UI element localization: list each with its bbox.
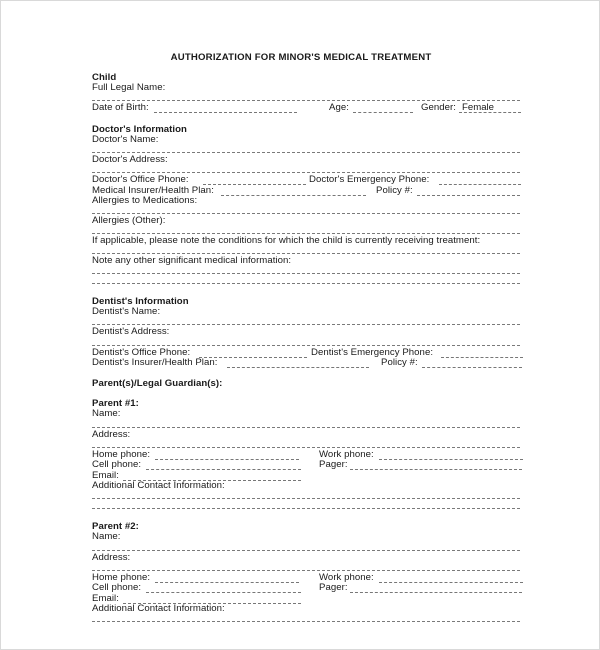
gender-label: Gender: (421, 102, 456, 113)
doctor-office-phone-field[interactable] (203, 184, 306, 185)
parent-2-cell-phone-label: Cell phone: (92, 582, 141, 593)
parent-1-pager-label: Pager: (319, 459, 348, 470)
allergies-other-label: Allergies (Other): (92, 215, 165, 226)
dentist-name-field[interactable] (92, 324, 520, 325)
dentist-policy-field[interactable] (422, 367, 522, 368)
dentist-insurer-label: Dentist's Insurer/Health Plan: (92, 357, 217, 368)
parent-1-name-field[interactable] (92, 427, 520, 428)
medical-insurer-field[interactable] (221, 195, 366, 196)
dentist-emergency-phone-field[interactable] (441, 357, 523, 358)
parent-1-cell-phone-field[interactable] (146, 469, 301, 470)
parent-2-name-field[interactable] (92, 550, 520, 551)
allergies-other-field[interactable] (92, 233, 520, 234)
doctor-name-field[interactable] (92, 152, 520, 153)
document-title: AUTHORIZATION FOR MINOR'S MEDICAL TREATM… (1, 52, 600, 63)
doctor-emergency-phone-label: Doctor's Emergency Phone: (309, 174, 429, 185)
parent-1-pager-field[interactable] (350, 469, 522, 470)
other-medical-info-label: Note any other significant medical infor… (92, 255, 291, 266)
parent-2-pager-field[interactable] (350, 592, 522, 593)
doctor-address-label: Doctor's Address: (92, 154, 168, 165)
dentist-name-label: Dentist's Name: (92, 306, 160, 317)
parent-1-address-field[interactable] (92, 447, 520, 448)
dob-label: Date of Birth: (92, 102, 149, 113)
age-field[interactable] (353, 112, 413, 113)
full-name-label: Full Legal Name: (92, 82, 165, 93)
dob-field[interactable] (154, 112, 297, 113)
allergies-medications-label: Allergies to Medications: (92, 195, 197, 206)
conditions-label: If applicable, please note the condition… (92, 235, 480, 246)
dentist-address-field[interactable] (92, 345, 520, 346)
dentist-insurer-field[interactable] (227, 367, 369, 368)
parent-2-address-field[interactable] (92, 570, 520, 571)
parent-2-additional-field[interactable] (92, 621, 520, 622)
doctor-office-phone-label: Doctor's Office Phone: (92, 174, 189, 185)
doctor-address-field[interactable] (92, 172, 520, 173)
other-medical-info-field-2[interactable] (92, 283, 520, 284)
parent-2-home-phone-field[interactable] (155, 582, 299, 583)
form-page: AUTHORIZATION FOR MINOR'S MEDICAL TREATM… (0, 0, 600, 650)
full-name-field[interactable] (92, 100, 520, 101)
parent-1-name-label: Name: (92, 408, 121, 419)
gender-value: Female (462, 102, 494, 113)
conditions-field[interactable] (92, 253, 520, 254)
parent-1-cell-phone-label: Cell phone: (92, 459, 141, 470)
section-heading-guardians: Parent(s)/Legal Guardian(s): (92, 378, 222, 389)
dentist-policy-label: Policy #: (381, 357, 418, 368)
parent-1-address-label: Address: (92, 429, 130, 440)
parent-2-pager-label: Pager: (319, 582, 348, 593)
parent-2-additional-label: Additional Contact Information: (92, 603, 225, 614)
parent-2-cell-phone-field[interactable] (146, 592, 301, 593)
parent-1-additional-field-1[interactable] (92, 498, 520, 499)
allergies-medications-field[interactable] (92, 213, 520, 214)
parent-1-additional-field-2[interactable] (92, 508, 520, 509)
parent-1-work-phone-field[interactable] (379, 459, 523, 460)
parent-2-work-phone-field[interactable] (379, 582, 523, 583)
dentist-address-label: Dentist's Address: (92, 326, 169, 337)
parent-2-name-label: Name: (92, 531, 121, 542)
age-label: Age: (329, 102, 349, 113)
other-medical-info-field-1[interactable] (92, 273, 520, 274)
parent-1-additional-label: Additional Contact Information: (92, 480, 225, 491)
parent-2-address-label: Address: (92, 552, 130, 563)
doctor-policy-label: Policy #: (376, 185, 413, 196)
doctor-name-label: Doctor's Name: (92, 134, 159, 145)
doctor-policy-field[interactable] (417, 195, 520, 196)
doctor-emergency-phone-field[interactable] (439, 184, 521, 185)
parent-1-home-phone-field[interactable] (155, 459, 299, 460)
